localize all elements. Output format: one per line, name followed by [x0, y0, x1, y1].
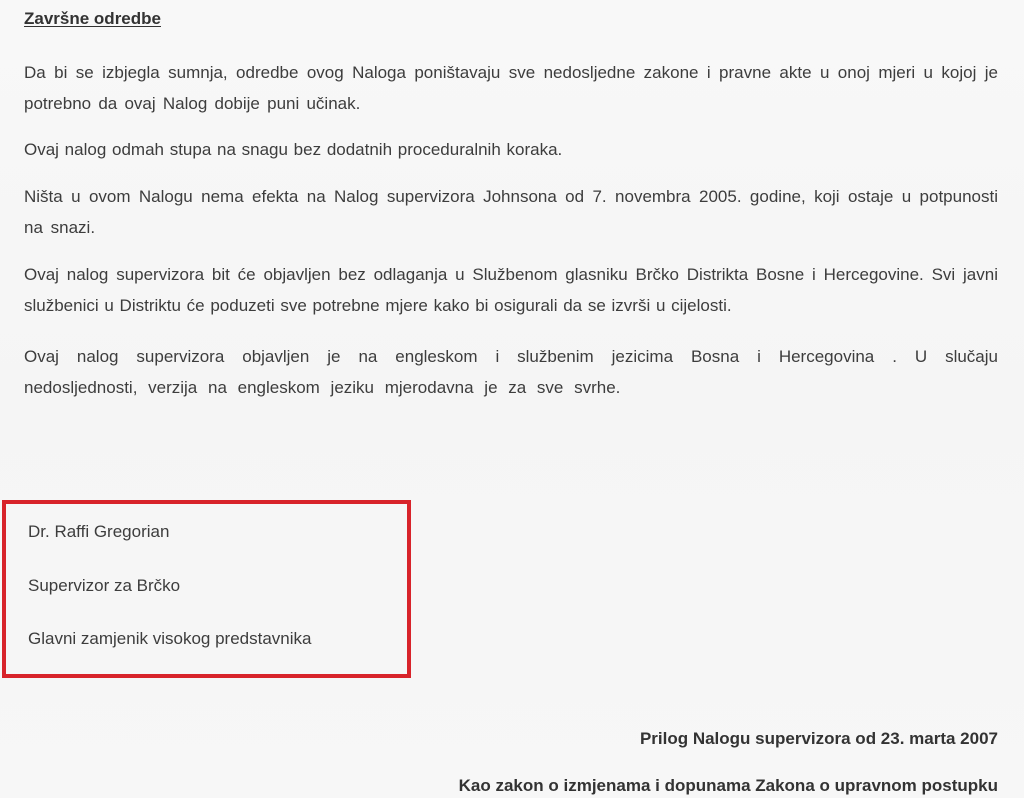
paragraph-3: Ništa u ovom Nalogu nema efekta na Nalog…	[24, 181, 998, 243]
signatory-title: Supervizor za Brčko	[28, 576, 180, 596]
annex-subtitle: Kao zakon o izmjenama i dopunama Zakona …	[459, 776, 998, 796]
document-page: Završne odredbe Da bi se izbjegla sumnja…	[0, 0, 1024, 798]
annex-title: Prilog Nalogu supervizora od 23. marta 2…	[640, 729, 998, 749]
section-heading: Završne odredbe	[24, 9, 161, 29]
paragraph-4: Ovaj nalog supervizora bit će objavljen …	[24, 259, 998, 321]
paragraph-2: Ovaj nalog odmah stupa na snagu bez doda…	[24, 134, 998, 165]
paragraph-5: Ovaj nalog supervizora objavljen je na e…	[24, 341, 998, 403]
paragraph-1: Da bi se izbjegla sumnja, odredbe ovog N…	[24, 57, 998, 119]
signatory-role: Glavni zamjenik visokog predstavnika	[28, 629, 311, 649]
signature-highlight-box: Dr. Raffi Gregorian Supervizor za Brčko …	[2, 500, 411, 678]
signatory-name: Dr. Raffi Gregorian	[28, 522, 169, 542]
